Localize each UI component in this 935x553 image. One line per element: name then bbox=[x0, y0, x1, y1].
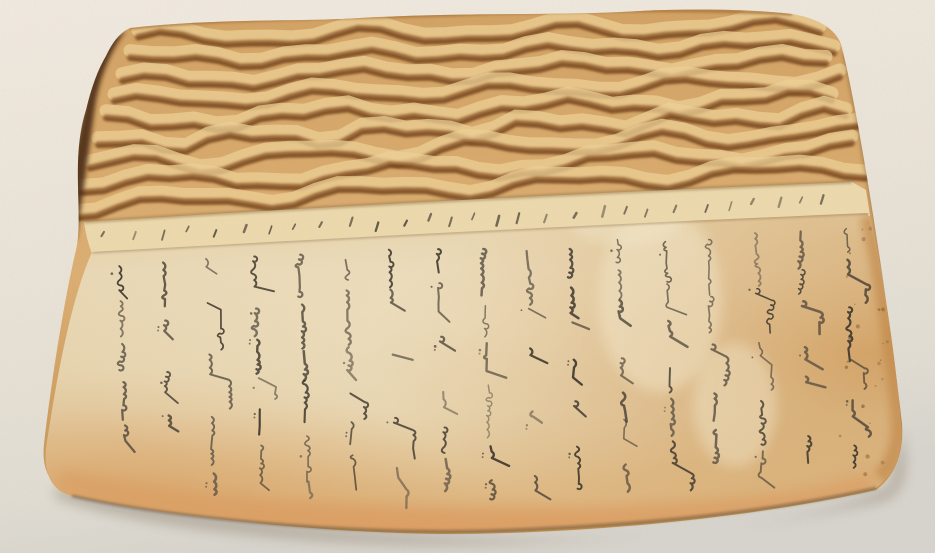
manuscript-photo bbox=[0, 0, 935, 553]
photo-grain bbox=[0, 0, 935, 553]
manuscript-scene bbox=[0, 0, 935, 553]
